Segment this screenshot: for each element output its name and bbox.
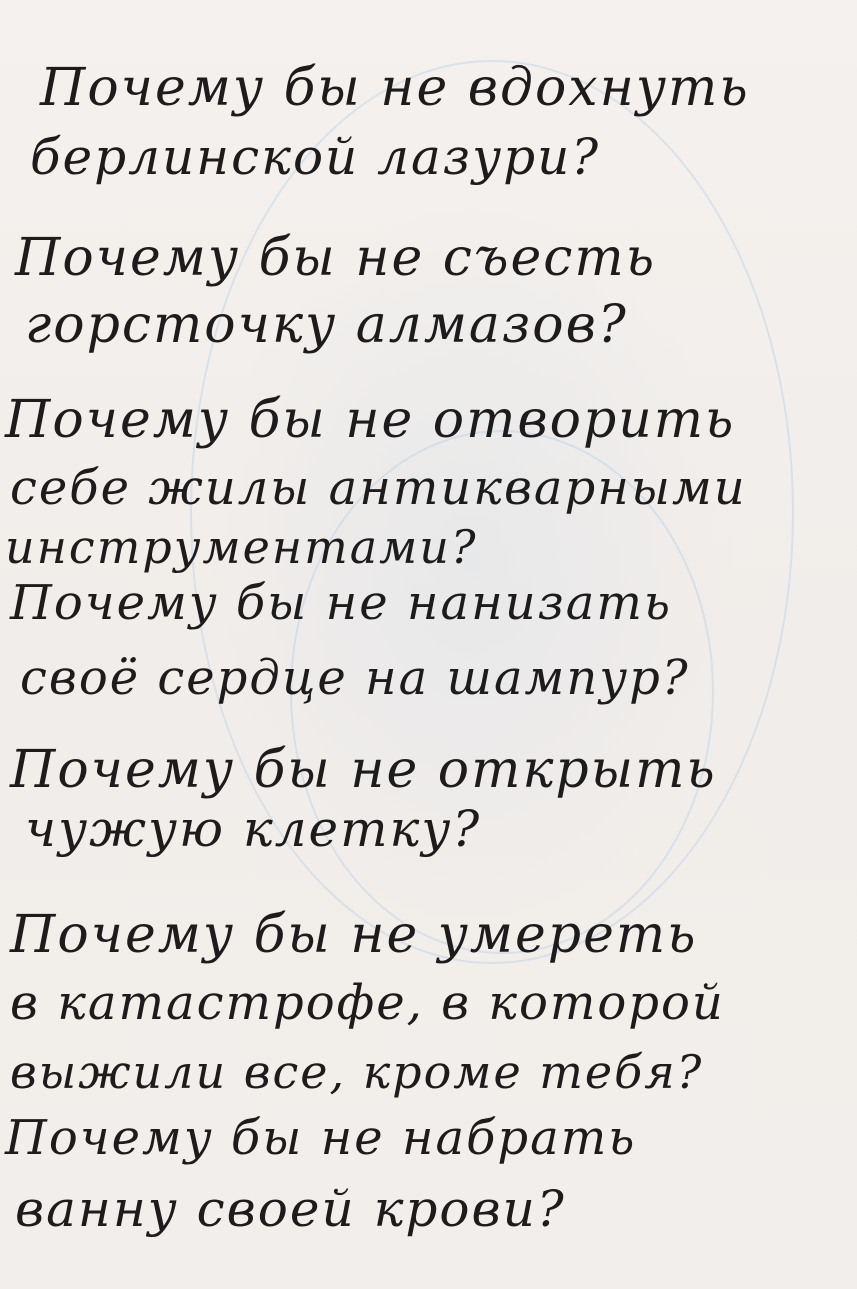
text-line: Почему бы не съесть [15,228,656,288]
text-line: инструментами? [5,520,478,574]
text-line: своё сердце на шампур? [20,650,690,706]
text-line: Почему бы не набрать [5,1110,636,1166]
text-line: Почему бы не умереть [10,905,698,965]
text-line: в катастрофе, в которой [10,975,725,1031]
text-line: берлинской лазури? [30,128,600,186]
text-line: Почему бы не отворить [5,390,735,450]
text-line: ванну своей крови? [15,1180,566,1238]
text-line: выжили все, кроме тебя? [10,1045,703,1099]
text-line: себе жилы антикварными [10,460,747,516]
text-line: чужую клетку? [25,800,481,858]
text-line: горсточку алмазов? [25,295,628,355]
text-line: Почему бы не нанизать [10,575,672,631]
text-line: Почему бы не открыть [10,740,717,800]
text-line: Почему бы не вдохнуть [40,58,750,118]
